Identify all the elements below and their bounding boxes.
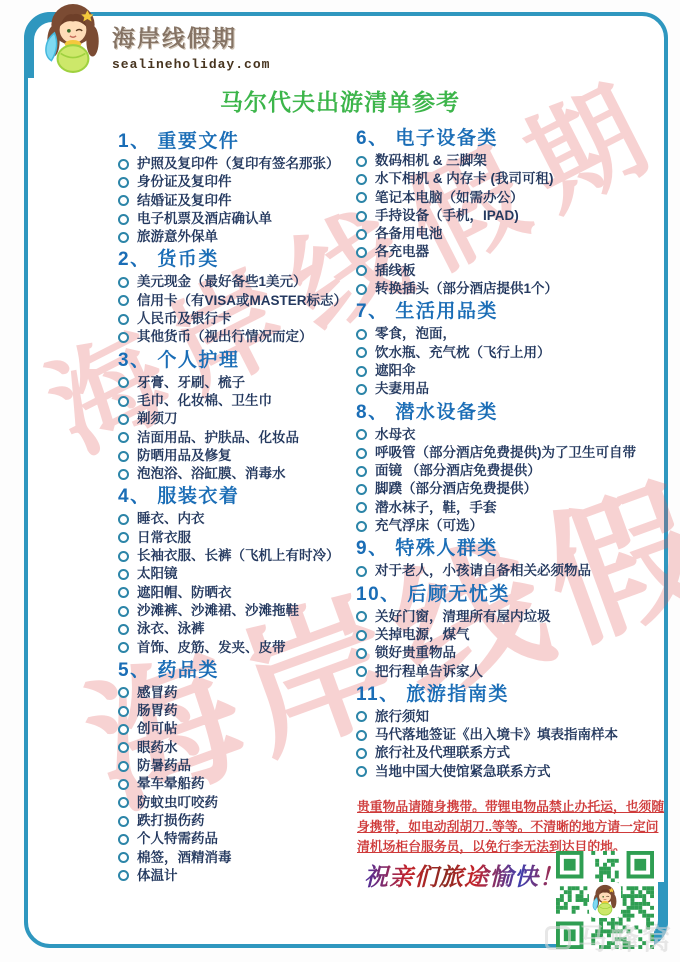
item-label: 转换插头（部分酒店提供1个） [375, 280, 558, 298]
checklist-item: 遮阳伞 [356, 362, 668, 380]
item-label: 日常衣服 [137, 529, 191, 547]
section-heading: 6、 电子设备类 [356, 129, 668, 149]
checkbox-circle-icon [118, 724, 129, 735]
item-label: 护照及复印件（复印有签名那张） [137, 155, 340, 173]
checklist-item: 旅行社及代理联系方式 [356, 744, 668, 762]
checkbox-circle-icon [118, 195, 129, 206]
checkbox-circle-icon [356, 611, 367, 622]
checklist-item: 笔记本电脑（如需办公） [356, 189, 668, 207]
item-label: 跌打损伤药 [137, 812, 205, 830]
item-label: 水下相机 & 内存卡 (我司可租) [375, 170, 554, 188]
checkbox-circle-icon [118, 852, 129, 863]
checkbox-circle-icon [356, 156, 367, 167]
checkbox-circle-icon [356, 566, 367, 577]
checklist-item: 毛巾、化妆棉、卫生巾 [118, 392, 356, 410]
checkbox-circle-icon [356, 484, 367, 495]
section-heading: 11、 旅游指南类 [356, 685, 668, 705]
checklist-item: 对于老人，小孩请自备相关必须物品 [356, 562, 668, 580]
checkbox-circle-icon [118, 606, 129, 617]
item-label: 睡衣、内衣 [137, 510, 205, 528]
checkbox-circle-icon [118, 687, 129, 698]
checkbox-circle-icon [356, 448, 367, 459]
checkbox-circle-icon [118, 295, 129, 306]
checklist-item: 牙膏、牙刷、梳子 [118, 374, 356, 392]
item-label: 把行程单告诉家人 [375, 663, 483, 681]
qr-center-mascot-icon [589, 882, 621, 918]
checklist-section: 4、 服装衣着睡衣、内衣日常衣服长袖衣服、长裤（飞机上有时冷）太阳镜遮阳帽、防晒… [118, 487, 356, 656]
checklist-section: 2、 货币类美元现金（最好备些1美元）信用卡（有VISA或MASTER标志）人民… [118, 250, 356, 346]
checkbox-circle-icon [356, 766, 367, 777]
checklist-item: 手持设备（手机，IPAD) [356, 207, 668, 225]
checkbox-circle-icon [356, 730, 367, 741]
checklist-item: 结婚证及复印件 [118, 192, 356, 210]
checklist-section: 3、 个人护理牙膏、牙刷、梳子毛巾、化妆棉、卫生巾剃须刀洁面用品、护肤品、化妆品… [118, 351, 356, 484]
column-right: 6、 电子设备类数码相机 & 三脚架水下相机 & 内存卡 (我司可租)笔记本电脑… [356, 129, 668, 781]
item-label: 手持设备（手机，IPAD) [375, 207, 519, 225]
item-label: 笔记本电脑（如需办公） [375, 189, 524, 207]
checkbox-circle-icon [356, 429, 367, 440]
warning-note: 贵重物品请随身携带。带锂电物品禁止办托运，也须随身携带，如电动刮胡刀..等等。不… [357, 797, 665, 857]
item-label: 晕车晕船药 [137, 775, 205, 793]
item-label: 水母衣 [375, 426, 416, 444]
checklist-item: 零食，泡面， [356, 325, 668, 343]
item-label: 泳衣、泳裤 [137, 620, 205, 638]
checkbox-circle-icon [118, 469, 129, 480]
checklist-item: 遮阳帽、防晒衣 [118, 584, 356, 602]
item-label: 首饰、皮筋、发夹、皮带 [137, 639, 286, 657]
section-heading: 2、 货币类 [118, 250, 356, 270]
item-label: 美元现金（最好备些1美元） [137, 273, 307, 291]
item-label: 关掉电源，煤气 [375, 626, 470, 644]
item-label: 沙滩裤、沙滩裙、沙滩拖鞋 [137, 602, 299, 620]
item-label: 洁面用品、护肤品、化妆品 [137, 429, 299, 447]
checkbox-circle-icon [356, 466, 367, 477]
section-heading: 3、 个人护理 [118, 351, 356, 371]
checkbox-circle-icon [356, 384, 367, 395]
checklist-section: 7、 生活用品类零食，泡面，饮水瓶、充气枕（飞行上用）遮阳伞夫妻用品 [356, 302, 668, 398]
mafengwo-logo-icon [545, 926, 571, 950]
checklist-item: 护照及复印件（复印有签名那张） [118, 155, 356, 173]
checklist-item: 面镜 （部分酒店免费提供） [356, 462, 668, 480]
checklist-item: 当地中国大使馆紧急联系方式 [356, 763, 668, 781]
item-label: 毛巾、化妆棉、卫生巾 [137, 392, 272, 410]
checkbox-circle-icon [118, 277, 129, 288]
checklist-item: 晕车晕船药 [118, 775, 356, 793]
checkbox-circle-icon [118, 642, 129, 653]
checklist-item: 剃须刀 [118, 410, 356, 428]
checkbox-circle-icon [118, 816, 129, 827]
checkbox-circle-icon [356, 211, 367, 222]
item-label: 遮阳帽、防晒衣 [137, 584, 232, 602]
checklist-item: 棉签，酒精消毒 [118, 849, 356, 867]
checklist-item: 插线板 [356, 262, 668, 280]
checkbox-circle-icon [118, 451, 129, 462]
checklist-item: 旅游意外保单 [118, 228, 356, 246]
checklist-item: 眼药水 [118, 739, 356, 757]
item-label: 各充电器 [375, 243, 429, 261]
checklist-item: 美元现金（最好备些1美元） [118, 273, 356, 291]
mafengwo-watermark: 马蜂窝 [545, 917, 674, 958]
checkbox-circle-icon [356, 284, 367, 295]
checkbox-circle-icon [118, 870, 129, 881]
checkbox-circle-icon [356, 366, 367, 377]
item-label: 电子机票及酒店确认单 [137, 210, 272, 228]
item-label: 饮水瓶、充气枕（飞行上用） [375, 344, 551, 362]
item-label: 长袖衣服、长裤（飞机上有时冷） [137, 547, 340, 565]
mafengwo-label: 马蜂窝 [578, 917, 674, 958]
item-label: 眼药水 [137, 739, 178, 757]
item-label: 剃须刀 [137, 410, 178, 428]
item-label: 锁好贵重物品 [375, 644, 456, 662]
checkbox-circle-icon [356, 247, 367, 258]
checklist-item: 肠胃药 [118, 702, 356, 720]
checklist-item: 感冒药 [118, 684, 356, 702]
checkbox-circle-icon [118, 532, 129, 543]
checklist-item: 各充电器 [356, 243, 668, 261]
item-label: 人民币及银行卡 [137, 310, 232, 328]
checkbox-circle-icon [356, 748, 367, 759]
column-left: 1、 重要文件护照及复印件（复印有签名那张）身份证及复印件结婚证及复印件电子机票… [118, 132, 356, 885]
item-label: 夫妻用品 [375, 380, 429, 398]
checklist-section: 10、 后顾无忧类关好门窗，清理所有屋内垃圾关掉电源，煤气锁好贵重物品把行程单告… [356, 585, 668, 681]
checkbox-circle-icon [118, 797, 129, 808]
checklist-item: 夫妻用品 [356, 380, 668, 398]
checklist-item: 个人特需药品 [118, 830, 356, 848]
checklist-item: 呼吸管（部分酒店免费提供)为了卫生可自带 [356, 444, 668, 462]
item-label: 旅行社及代理联系方式 [375, 744, 510, 762]
checklist-item: 脚蹼（部分酒店免费提供） [356, 480, 668, 498]
checkbox-circle-icon [356, 630, 367, 641]
checkbox-circle-icon [118, 314, 129, 325]
item-label: 结婚证及复印件 [137, 192, 232, 210]
checklist-item: 身份证及复印件 [118, 173, 356, 191]
item-label: 遮阳伞 [375, 362, 416, 380]
checklist-section: 6、 电子设备类数码相机 & 三脚架水下相机 & 内存卡 (我司可租)笔记本电脑… [356, 129, 668, 298]
item-label: 个人特需药品 [137, 830, 218, 848]
checkbox-circle-icon [118, 569, 129, 580]
section-heading: 5、 药品类 [118, 661, 356, 681]
section-heading: 1、 重要文件 [118, 132, 356, 152]
checklist-item: 体温计 [118, 867, 356, 885]
checklist-item: 潜水袜子，鞋，手套 [356, 499, 668, 517]
checklist-item: 关掉电源，煤气 [356, 626, 668, 644]
item-label: 潜水袜子，鞋，手套 [375, 499, 497, 517]
item-label: 呼吸管（部分酒店免费提供)为了卫生可自带 [375, 444, 636, 462]
checkbox-circle-icon [356, 174, 367, 185]
item-label: 创可帖 [137, 720, 178, 738]
checkbox-circle-icon [356, 502, 367, 513]
checkbox-circle-icon [118, 414, 129, 425]
checklist-item: 数码相机 & 三脚架 [356, 152, 668, 170]
checklist-item: 防暑药品 [118, 757, 356, 775]
item-label: 旅游意外保单 [137, 228, 218, 246]
checklist-item: 防晒用品及修复 [118, 447, 356, 465]
checklist-item: 长袖衣服、长裤（飞机上有时冷） [118, 547, 356, 565]
checklist-item: 把行程单告诉家人 [356, 663, 668, 681]
checkbox-circle-icon [356, 666, 367, 677]
checkbox-circle-icon [118, 624, 129, 635]
item-label: 防晒用品及修复 [137, 447, 232, 465]
checkbox-circle-icon [118, 706, 129, 717]
checklist-item: 饮水瓶、充气枕（飞行上用） [356, 344, 668, 362]
checklist-section: 9、 特殊人群类对于老人，小孩请自备相关必须物品 [356, 539, 668, 580]
item-label: 牙膏、牙刷、梳子 [137, 374, 245, 392]
checklist-item: 电子机票及酒店确认单 [118, 210, 356, 228]
checklist-item: 关好门窗，清理所有屋内垃圾 [356, 608, 668, 626]
checklist-item: 睡衣、内衣 [118, 510, 356, 528]
wish-text: 祝亲们旅途愉快！ [364, 857, 564, 892]
item-label: 防蚊虫叮咬药 [137, 794, 218, 812]
checkbox-circle-icon [118, 332, 129, 343]
item-label: 面镜 （部分酒店免费提供） [375, 462, 541, 480]
item-label: 各备用电池 [375, 225, 443, 243]
checkbox-circle-icon [118, 587, 129, 598]
checkbox-circle-icon [118, 214, 129, 225]
checkbox-circle-icon [118, 432, 129, 443]
checklist-item: 泳衣、泳裤 [118, 620, 356, 638]
checklist-item: 创可帖 [118, 720, 356, 738]
item-label: 数码相机 & 三脚架 [375, 152, 487, 170]
item-label: 信用卡（有VISA或MASTER标志） [137, 292, 347, 310]
checkbox-circle-icon [118, 742, 129, 753]
checkbox-circle-icon [118, 177, 129, 188]
item-label: 脚蹼（部分酒店免费提供） [375, 480, 537, 498]
brand-logo: 海岸线假期 sealineholiday.com [42, 2, 270, 74]
item-label: 旅行须知 [375, 708, 429, 726]
section-heading: 4、 服装衣着 [118, 487, 356, 507]
item-label: 防暑药品 [137, 757, 191, 775]
brand-domain: sealineholiday.com [112, 57, 270, 72]
checklist-section: 11、 旅游指南类旅行须知马代落地签证《出入境卡》填表指南样本旅行社及代理联系方… [356, 685, 668, 781]
item-label: 身份证及复印件 [137, 173, 232, 191]
checklist-item: 沙滩裤、沙滩裙、沙滩拖鞋 [118, 602, 356, 620]
checklist-item: 人民币及银行卡 [118, 310, 356, 328]
brand-name: 海岸线假期 [112, 20, 270, 53]
item-label: 关好门窗，清理所有屋内垃圾 [375, 608, 551, 626]
item-label: 太阳镜 [137, 565, 178, 583]
item-label: 当地中国大使馆紧急联系方式 [375, 763, 551, 781]
item-label: 其他货币（视出行情况而定） [137, 328, 313, 346]
checkbox-circle-icon [356, 521, 367, 532]
checkbox-circle-icon [118, 514, 129, 525]
checkbox-circle-icon [118, 761, 129, 772]
item-label: 肠胃药 [137, 702, 178, 720]
checklist-item: 旅行须知 [356, 708, 668, 726]
checkbox-circle-icon [118, 232, 129, 243]
checklist-section: 5、 药品类感冒药肠胃药创可帖眼药水防暑药品晕车晕船药防蚊虫叮咬药跌打损伤药个人… [118, 661, 356, 885]
checklist-item: 水下相机 & 内存卡 (我司可租) [356, 170, 668, 188]
item-label: 体温计 [137, 867, 178, 885]
checkbox-circle-icon [118, 396, 129, 407]
checklist-item: 各备用电池 [356, 225, 668, 243]
item-label: 马代落地签证《出入境卡》填表指南样本 [375, 726, 618, 744]
brand-text-block: 海岸线假期 sealineholiday.com [112, 2, 270, 72]
checkbox-circle-icon [356, 648, 367, 659]
item-label: 零食，泡面， [375, 325, 456, 343]
checkbox-circle-icon [118, 551, 129, 562]
checkbox-circle-icon [118, 377, 129, 388]
checkbox-circle-icon [356, 347, 367, 358]
checklist-item: 信用卡（有VISA或MASTER标志） [118, 292, 356, 310]
item-label: 感冒药 [137, 684, 178, 702]
checklist-section: 8、 潜水设备类水母衣呼吸管（部分酒店免费提供)为了卫生可自带面镜 （部分酒店免… [356, 403, 668, 536]
item-label: 棉签，酒精消毒 [137, 849, 232, 867]
checklist-section: 1、 重要文件护照及复印件（复印有签名那张）身份证及复印件结婚证及复印件电子机票… [118, 132, 356, 246]
checklist-item: 洁面用品、护肤品、化妆品 [118, 429, 356, 447]
section-heading: 9、 特殊人群类 [356, 539, 668, 559]
checkbox-circle-icon [118, 779, 129, 790]
checkbox-circle-icon [356, 192, 367, 203]
checkbox-circle-icon [118, 834, 129, 845]
checklist-item: 锁好贵重物品 [356, 644, 668, 662]
item-label: 插线板 [375, 262, 416, 280]
checklist-item: 转换插头（部分酒店提供1个） [356, 280, 668, 298]
mermaid-mascot-icon [42, 2, 104, 74]
checklist-item: 马代落地签证《出入境卡》填表指南样本 [356, 726, 668, 744]
checkbox-circle-icon [356, 265, 367, 276]
page-title: 马尔代夫出游清单参考 [0, 84, 680, 117]
item-label: 对于老人，小孩请自备相关必须物品 [375, 562, 591, 580]
item-label: 充气浮床（可选） [375, 517, 483, 535]
checklist-item: 首饰、皮筋、发夹、皮带 [118, 639, 356, 657]
section-heading: 7、 生活用品类 [356, 302, 668, 322]
checkbox-circle-icon [356, 329, 367, 340]
checklist-item: 日常衣服 [118, 529, 356, 547]
checkbox-circle-icon [356, 229, 367, 240]
checklist-item: 太阳镜 [118, 565, 356, 583]
checklist-item: 防蚊虫叮咬药 [118, 794, 356, 812]
section-heading: 8、 潜水设备类 [356, 403, 668, 423]
checklist-item: 泡泡浴、浴缸膜、消毒水 [118, 465, 356, 483]
checklist-item: 充气浮床（可选） [356, 517, 668, 535]
section-heading: 10、 后顾无忧类 [356, 585, 668, 605]
mermaid-mascot-icon [591, 884, 619, 916]
checklist-item: 其他货币（视出行情况而定） [118, 328, 356, 346]
checklist-item: 水母衣 [356, 426, 668, 444]
item-label: 泡泡浴、浴缸膜、消毒水 [137, 465, 286, 483]
checkbox-circle-icon [356, 711, 367, 722]
checklist-item: 跌打损伤药 [118, 812, 356, 830]
checkbox-circle-icon [118, 159, 129, 170]
